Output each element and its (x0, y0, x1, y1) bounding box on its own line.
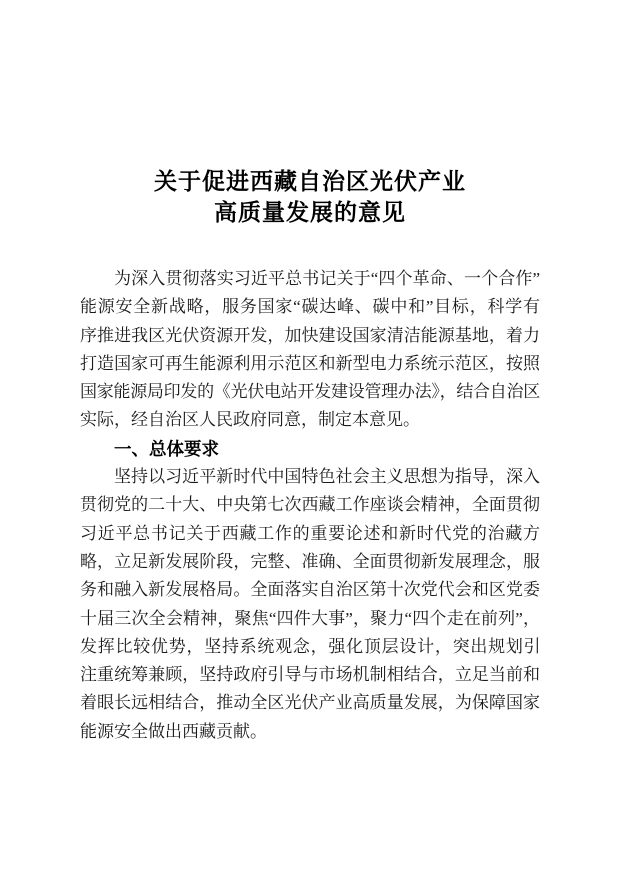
text-line: 序推进我区光伏资源开发，加快建设国家清洁能源基地，着力 (80, 322, 540, 350)
text-line: 务和融入新发展格局。全面落实自治区第十次党代会和区党委 (80, 576, 540, 604)
text-line: 国家能源局印发的《光伏电站开发建设管理办法》，结合自治区 (80, 378, 540, 406)
document-page: 关于促进西藏自治区光伏产业高质量发展的意见 为深入贯彻落实习近平总书记关于“四个… (0, 0, 620, 876)
text-line: 发挥比较优势，坚持系统观念，强化顶层设计，突出规划引领， (80, 633, 540, 661)
document-title: 关于促进西藏自治区光伏产业高质量发展的意见 (0, 166, 620, 228)
text-line: 能源安全做出西藏贡献。 (80, 718, 540, 746)
text-line: 能源安全新战略，服务国家“碳达峰、碳中和”目标，科学有 (80, 293, 540, 321)
document-title-line: 高质量发展的意见 (0, 197, 620, 228)
text-line: 坚持以习近平新时代中国特色社会主义思想为指导，深入 (80, 463, 540, 491)
text-line: 着眼长远相结合，推动全区光伏产业高质量发展，为保障国家 (80, 689, 540, 717)
document-body: 为深入贯彻落实习近平总书记关于“四个革命、一个合作”能源安全新战略，服务国家“碳… (80, 265, 540, 746)
text-line: 实际，经自治区人民政府同意，制定本意见。 (80, 406, 540, 434)
text-line: 习近平总书记关于西藏工作的重要论述和新时代党的治藏方 (80, 520, 540, 548)
text-line: 为深入贯彻落实习近平总书记关于“四个革命、一个合作” (80, 265, 540, 293)
text-line: 打造国家可再生能源利用示范区和新型电力系统示范区，按照 (80, 350, 540, 378)
document-title-line: 关于促进西藏自治区光伏产业 (0, 166, 620, 197)
text-line: 贯彻党的二十大、中央第七次西藏工作座谈会精神，全面贯彻 (80, 491, 540, 519)
section-heading-1: 一、总体要求 (80, 435, 540, 463)
overall-requirements-paragraph: 坚持以习近平新时代中国特色社会主义思想为指导，深入贯彻党的二十大、中央第七次西藏… (80, 463, 540, 746)
text-line: 略，立足新发展阶段，完整、准确、全面贯彻新发展理念，服 (80, 548, 540, 576)
text-line: 十届三次全会精神，聚焦“四件大事”，聚力“四个走在前列”， (80, 605, 540, 633)
text-line: 注重统筹兼顾，坚持政府引导与市场机制相结合，立足当前和 (80, 661, 540, 689)
intro-paragraph: 为深入贯彻落实习近平总书记关于“四个革命、一个合作”能源安全新战略，服务国家“碳… (80, 265, 540, 435)
